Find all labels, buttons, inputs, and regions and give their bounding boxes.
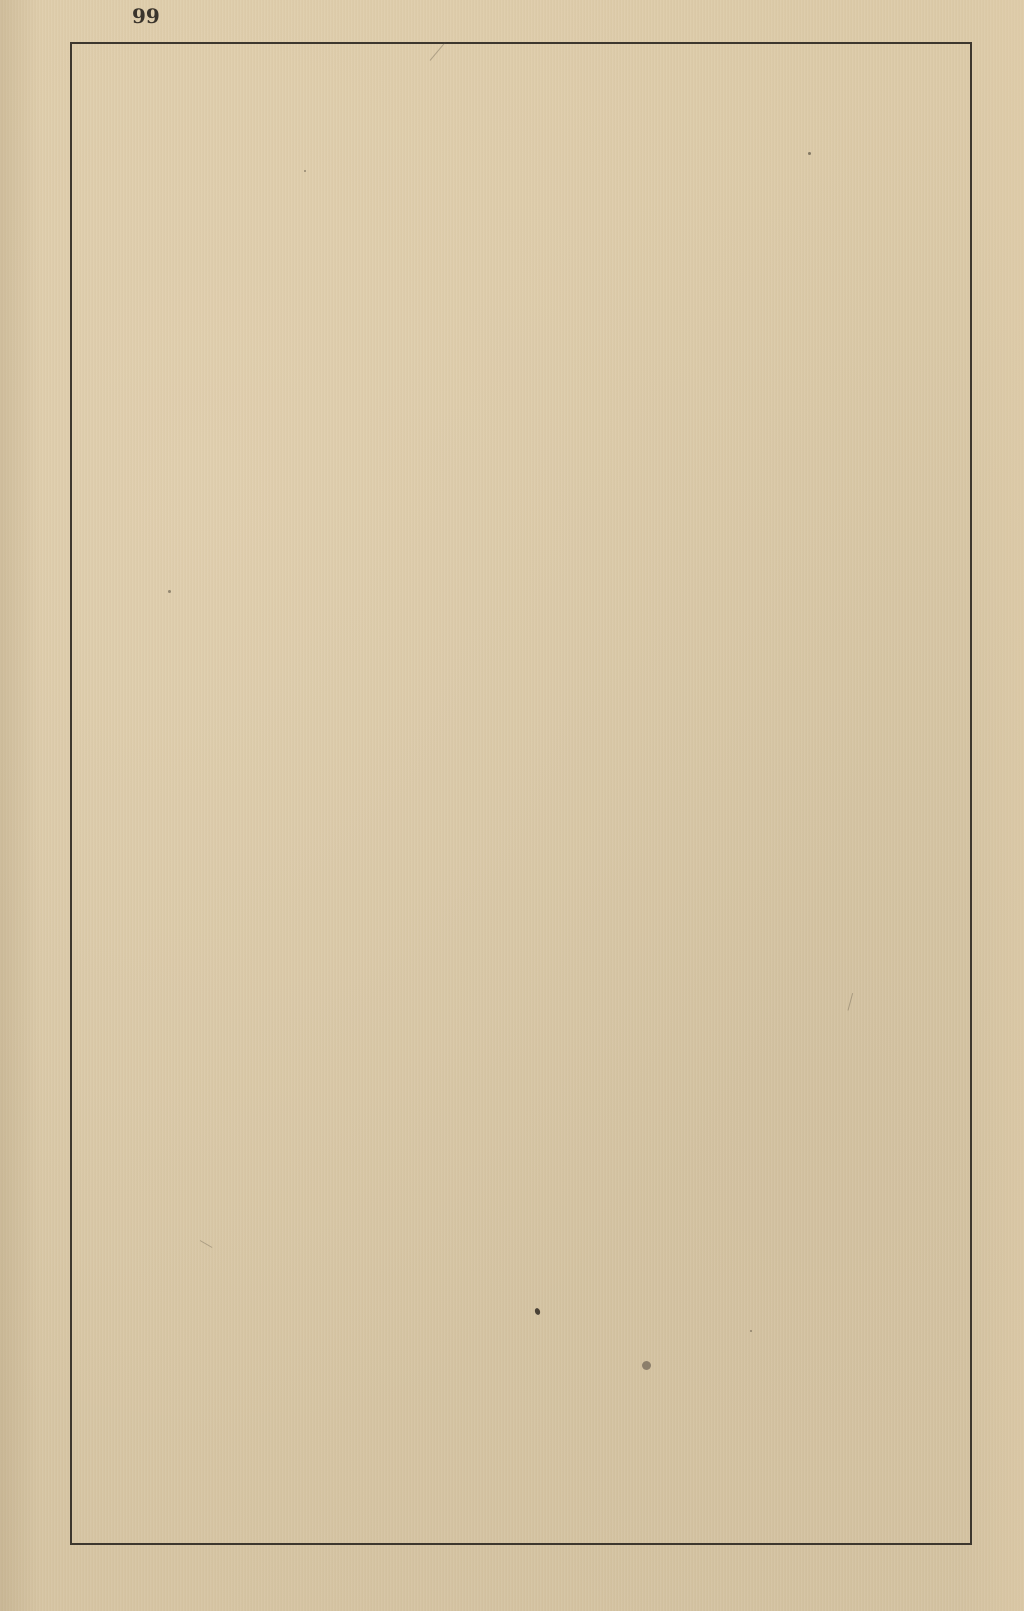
paper-speck	[168, 590, 171, 593]
page-edge-highlight-right	[964, 0, 1024, 1611]
page-edge-shadow-left	[0, 0, 40, 1611]
page-number: 99	[132, 4, 160, 28]
paper-speck	[750, 1330, 752, 1332]
paper-speck	[808, 152, 811, 155]
paper-speck	[304, 170, 306, 172]
paper-speck	[642, 1361, 651, 1370]
page-frame-border	[70, 42, 972, 1545]
